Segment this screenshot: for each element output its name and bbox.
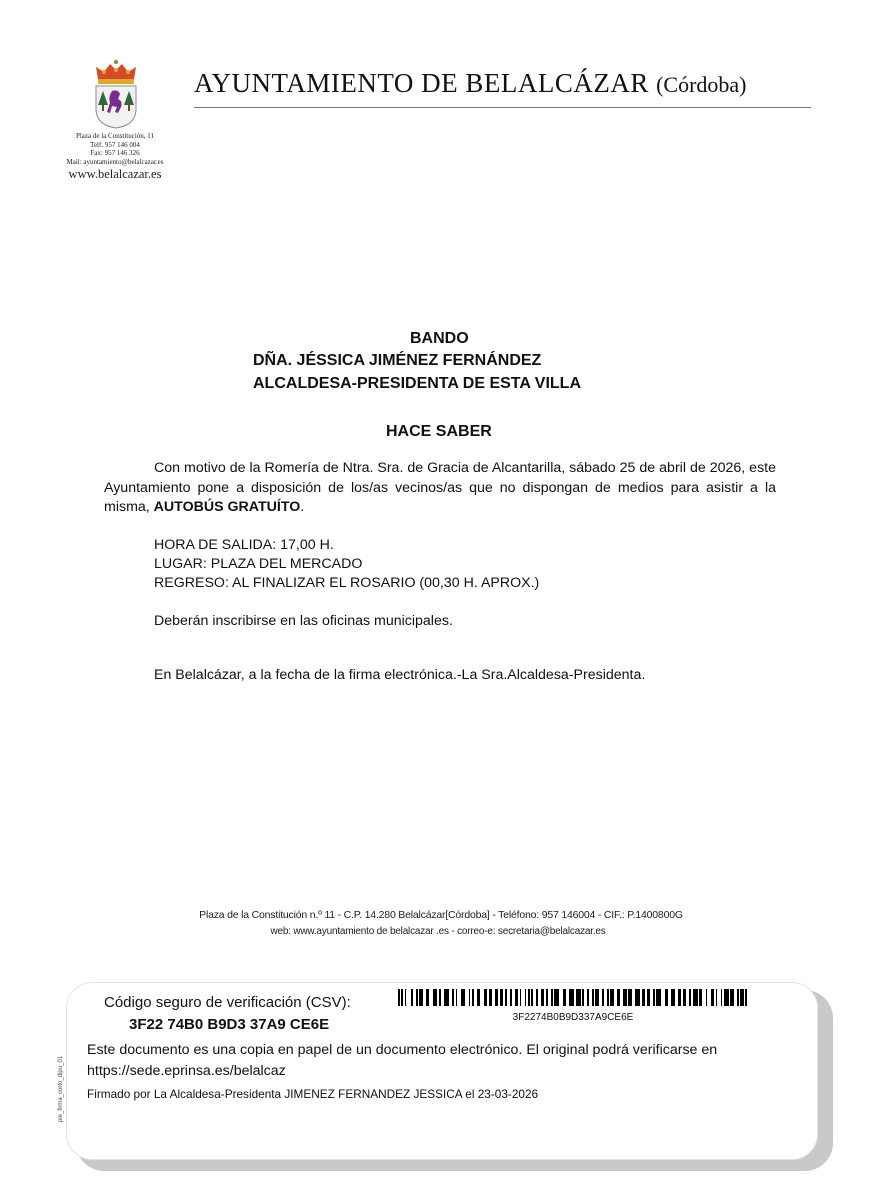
issuer-role: ALCALDESA-PRESIDENTA DE ESTA VILLA bbox=[253, 375, 581, 393]
footer-contact: web: www.ayuntamiento de belalcazar .es … bbox=[0, 926, 876, 937]
barcode-icon bbox=[398, 989, 748, 1006]
organization-title: AYUNTAMIENTO DE BELALCÁZAR (Córdoba) bbox=[194, 68, 747, 99]
body-highlight: AUTOBÚS GRATUÍTO bbox=[154, 499, 301, 515]
csv-label: Código seguro de verificación (CSV): bbox=[104, 994, 351, 1011]
detail-place: LUGAR: PLAZA DEL MERCADO bbox=[154, 556, 362, 572]
body-end: . bbox=[300, 499, 304, 515]
verification-note: Este documento es una copia en papel de … bbox=[87, 1040, 767, 1082]
organization-province: (Córdoba) bbox=[656, 72, 746, 97]
address-line: Plaza de la Constitución, 11 bbox=[40, 132, 190, 141]
email-line: Mail: ayuntamiento@belalcazar.es bbox=[40, 158, 190, 167]
footer-address: Plaza de la Constitución n.º 11 - C.P. 1… bbox=[3, 909, 876, 921]
fax-line: Fax: 957 146 326 bbox=[40, 149, 190, 158]
title-divider bbox=[194, 107, 811, 108]
notice-heading: HACE SABER bbox=[386, 423, 492, 441]
detail-return: REGRESO: AL FINALIZAR EL ROSARIO (00,30 … bbox=[154, 575, 539, 591]
phone-line: Telf. 957 146 004 bbox=[40, 141, 190, 150]
organization-name: AYUNTAMIENTO DE BELALCÁZAR bbox=[194, 68, 649, 98]
barcode-text: 3F2274B0B9D337A9CE6E bbox=[400, 1012, 746, 1023]
website-link[interactable]: www.belalcazar.es bbox=[40, 167, 190, 182]
side-code: pie_firma_corto_dipu_01 bbox=[58, 1056, 64, 1122]
csv-code: 3F22 74B0 B9D3 37A9 CE6E bbox=[129, 1016, 329, 1033]
notice-title: BANDO bbox=[410, 330, 469, 348]
closing-line: En Belalcázar, a la fecha de la firma el… bbox=[154, 667, 645, 683]
issuer-name: DÑA. JÉSSICA JIMÉNEZ FERNÁNDEZ bbox=[253, 352, 541, 370]
registration-note: Deberán inscribirse en las oficinas muni… bbox=[154, 613, 453, 629]
contact-block: Plaza de la Constitución, 11 Telf. 957 1… bbox=[40, 132, 190, 182]
notice-body: Con motivo de la Romería de Ntra. Sra. d… bbox=[104, 459, 776, 518]
detail-departure: HORA DE SALIDA: 17,00 H. bbox=[154, 537, 334, 553]
coat-of-arms-icon bbox=[90, 57, 142, 129]
signature-line: Firmado por La Alcaldesa-Presidenta JIME… bbox=[87, 1087, 538, 1101]
